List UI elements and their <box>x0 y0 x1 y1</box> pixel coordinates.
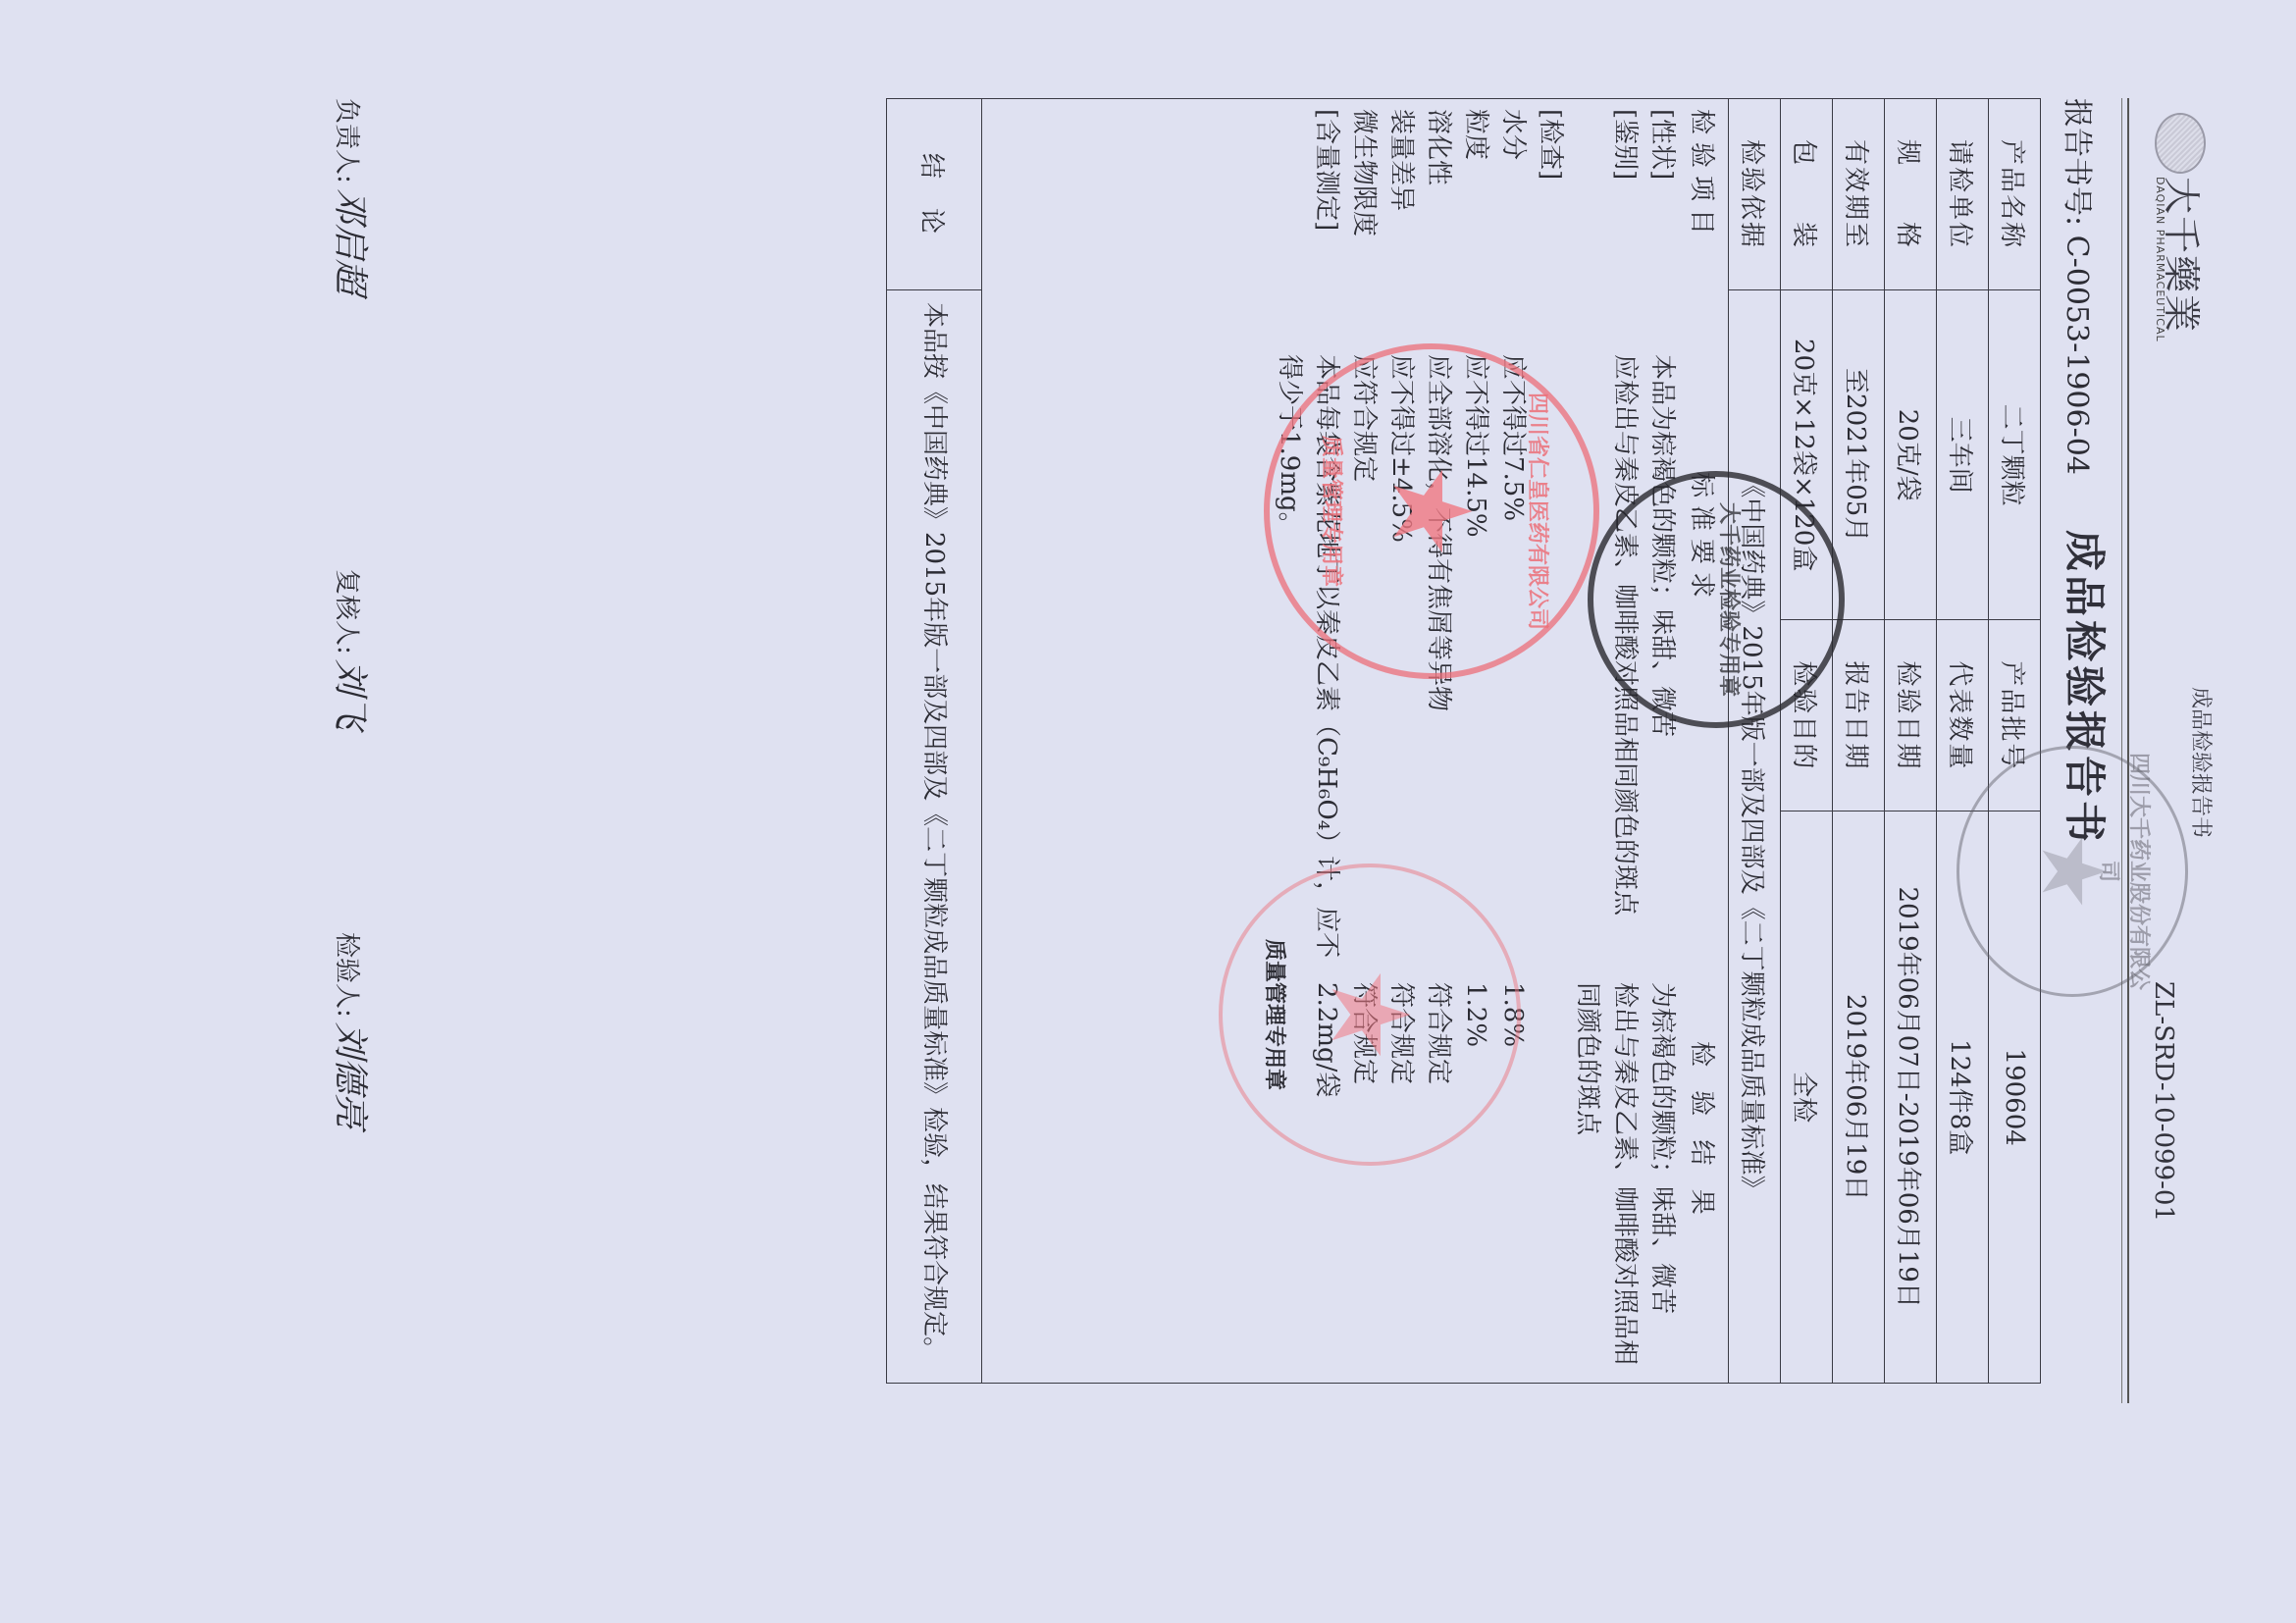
basis-label: 检验依据 <box>1729 99 1781 290</box>
info-label-2: 检验日期 <box>1885 620 1937 811</box>
test-items-cell: 检验项目 标准要求 检 验 结 果 [性状]本品为棕褐色的颗粒；味甜、微苦为棕褐… <box>982 99 1729 1384</box>
document-code: ZL-SRD-10-099-01 <box>2149 981 2178 1222</box>
col-item-header: 检验项目 <box>1686 109 1722 242</box>
info-label-2: 检验目的 <box>1781 620 1833 811</box>
test-item-result: 符合规定 <box>1345 982 1383 1375</box>
company-name-en: DAQIAN PHARMACEUTICAL <box>2154 177 2166 342</box>
test-item-standard: 本品为棕褐色的颗粒；味甜、微苦 <box>1644 354 1681 963</box>
report-number-label: 报告书号: <box>2060 98 2094 226</box>
info-label: 规 格 <box>1885 99 1937 290</box>
info-value: 20克/袋 <box>1885 290 1937 620</box>
info-value-2: 124件8盒 <box>1937 811 1989 1384</box>
info-value-2: 190604 <box>1989 811 2041 1384</box>
test-item-standard: 应符合规定 <box>1345 354 1383 963</box>
test-item-name: [鉴别] <box>1606 109 1644 305</box>
inspector-label: 检验人: <box>332 932 361 1018</box>
info-value: 至2021年05月 <box>1833 290 1885 620</box>
test-item-standard: 应不得过7.5% <box>1494 354 1532 963</box>
conclusion-row: 结 论 本品按《中国药典》2015年版一部及四部及《二丁颗粒成品质量标准》检验，… <box>887 99 982 1384</box>
report-number-value: C-0053-1906-04 <box>2060 236 2094 475</box>
info-value-2: 2019年06月19日 <box>1833 811 1885 1384</box>
info-value: 三车间 <box>1937 290 1989 620</box>
inspector-signature: 刘德亮 <box>330 1022 370 1128</box>
info-row: 请检单位三车间代表数量124件8盒 <box>1937 99 1989 1384</box>
info-value-2: 2019年06月07日-2019年06月19日 <box>1885 811 1937 1384</box>
test-item-name: [含量测定] <box>1308 109 1345 305</box>
test-item-name: [检查] <box>1532 109 1569 305</box>
test-item-result: 1.8% <box>1494 982 1532 1375</box>
info-label-2: 报告日期 <box>1833 620 1885 811</box>
test-item-standard: 应全部溶化，不得有焦屑等异物 <box>1420 354 1457 963</box>
info-label-2: 代表数量 <box>1937 620 1989 811</box>
responsible-label: 负责人: <box>332 98 361 183</box>
test-item-name: [性状] <box>1644 109 1681 305</box>
test-item-name: 溶化性 <box>1420 109 1457 305</box>
responsible-signature: 邓启超 <box>330 188 370 294</box>
test-item-name: 微生物限度 <box>1345 109 1383 305</box>
test-item-result: 2.2mg/袋 <box>1308 982 1345 1375</box>
report-title: 成品检验报告书 <box>2058 530 2116 846</box>
info-row: 有效期至至2021年05月报告日期2019年06月19日 <box>1833 99 1885 1384</box>
info-label-2: 产品批号 <box>1989 620 2041 811</box>
info-label: 包 装 <box>1781 99 1833 290</box>
test-item-name: 粒度 <box>1457 109 1494 305</box>
test-item-name: 装量差异 <box>1383 109 1420 305</box>
rotated-report-page: 大千藥業 DAQIAN PHARMACEUTICAL 成品检验报告书 ZL-SR… <box>0 0 2296 1623</box>
signature-reviewer: 复核人: 刘飞 <box>328 569 378 730</box>
test-item-name: 水分 <box>1494 109 1532 305</box>
test-item-result: 1.2% <box>1457 982 1494 1375</box>
reviewer-label: 复核人: <box>332 569 361 654</box>
signature-responsible: 负责人: 邓启超 <box>328 98 378 294</box>
info-label: 请检单位 <box>1937 99 1989 290</box>
conclusion-text: 本品按《中国药典》2015年版一部及四部及《二丁颗粒成品质量标准》检验，结果符合… <box>887 290 982 1384</box>
header-divider <box>2121 98 2129 1403</box>
test-item-standard: 应检出与秦皮乙素、咖啡酸对照品相同颜色的斑点 <box>1606 354 1644 963</box>
col-standard-header: 标准要求 <box>1686 472 1722 605</box>
conclusion-label: 结 论 <box>887 99 982 290</box>
test-item-standard: 本品每袋含紫花地丁以秦皮乙素（C₉H₆O₄）计，应不得少于1.9mg。 <box>1271 354 1345 963</box>
test-items-columns: 检验项目 标准要求 检 验 结 果 [性状]本品为棕褐色的颗粒；味甜、微苦为棕褐… <box>982 99 1728 1383</box>
info-label: 有效期至 <box>1833 99 1885 290</box>
test-item-result: 符合规定 <box>1420 982 1457 1375</box>
info-row: 产品名称二丁颗粒产品批号190604 <box>1989 99 2041 1384</box>
items-row: 检验项目 标准要求 检 验 结 果 [性状]本品为棕褐色的颗粒；味甜、微苦为棕褐… <box>982 99 1729 1384</box>
col-result-header: 检 验 结 果 <box>1686 1041 1722 1223</box>
report-number: 报告书号: C-0053-1906-04 <box>2059 98 2102 475</box>
basis-value: 《中国药典》2015年版一部及四部及《二丁颗粒成品质量标准》 <box>1729 290 1781 1384</box>
test-item-result: 为棕褐色的颗粒；味甜、微苦 <box>1644 982 1681 1375</box>
test-item-result: 检出与秦皮乙素、咖啡酸对照品相同颜色的斑点 <box>1569 982 1644 1375</box>
info-value: 20克×12袋×120盒 <box>1781 290 1833 620</box>
reviewer-signature: 刘飞 <box>330 659 370 730</box>
test-item-standard: 应不得过14.5% <box>1457 354 1494 963</box>
test-item-result: 符合规定 <box>1383 982 1420 1375</box>
info-row: 包 装20克×12袋×120盒检验目的全检 <box>1781 99 1833 1384</box>
info-value: 二丁颗粒 <box>1989 290 2041 620</box>
basis-row: 检验依据 《中国药典》2015年版一部及四部及《二丁颗粒成品质量标准》 <box>1729 99 1781 1384</box>
info-row: 规 格20克/袋检验日期2019年06月07日-2019年06月19日 <box>1885 99 1937 1384</box>
company-logo-icon <box>2155 113 2206 174</box>
info-value-2: 全检 <box>1781 811 1833 1384</box>
info-label: 产品名称 <box>1989 99 2041 290</box>
form-label: 成品检验报告书 <box>2187 687 2218 838</box>
report-table: 产品名称二丁颗粒产品批号190604请检单位三车间代表数量124件8盒规 格20… <box>886 98 2041 1384</box>
signature-inspector: 检验人: 刘德亮 <box>328 932 378 1128</box>
test-item-standard: 应不得过±4.5% <box>1383 354 1420 963</box>
